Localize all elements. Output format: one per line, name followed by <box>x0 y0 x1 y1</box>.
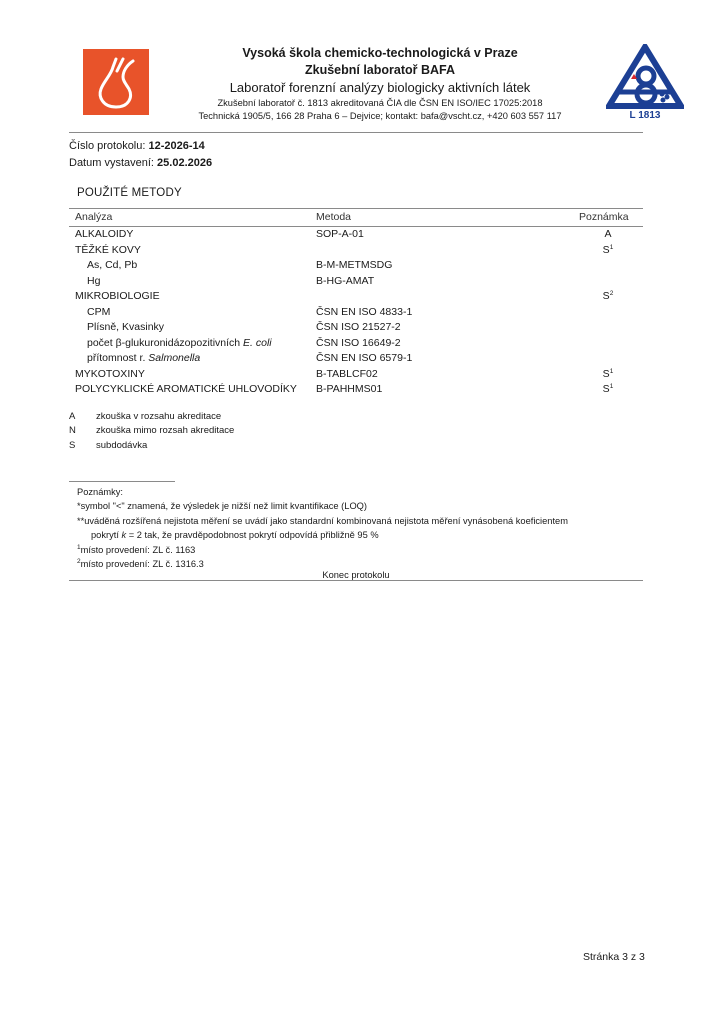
legend-key: A <box>69 411 75 422</box>
method-cell: ČSN EN ISO 4833-1 <box>316 306 412 318</box>
issue-date-value: 25.02.2026 <box>157 157 212 169</box>
protocol-number-value: 12-2026-14 <box>149 140 205 152</box>
note-cell: S1 <box>583 244 633 256</box>
issue-date: Datum vystavení: 25.02.2026 <box>69 157 212 169</box>
analysis-cell: TĚŽKÉ KOVY <box>75 244 141 256</box>
protocol-number: Číslo protokolu: 12-2026-14 <box>69 140 205 152</box>
methods-table: Analýza Metoda Poznámka ALKALOIDYSOP-A-0… <box>69 208 643 398</box>
analysis-cell: CPM <box>87 306 110 318</box>
legend-key: S <box>69 440 75 451</box>
analysis-cell: ALKALOIDY <box>75 228 133 240</box>
institution-name: Vysoká škola chemicko-technologická v Pr… <box>160 46 600 60</box>
method-cell: ČSN ISO 16649-2 <box>316 337 401 349</box>
analysis-cell: Hg <box>87 275 100 287</box>
contact-line: Technická 1905/5, 166 28 Praha 6 – Dejvi… <box>160 111 600 121</box>
method-cell: B-TABLCF02 <box>316 368 378 380</box>
vscht-logo <box>83 49 149 115</box>
accreditation-line: Zkušební laboratoř č. 1813 akreditovaná … <box>160 98 600 108</box>
section-title: POUŽITÉ METODY <box>77 187 182 199</box>
note-place-1: 1místo provedení: ZL č. 1163 <box>77 544 647 558</box>
note-cell: A <box>583 228 633 240</box>
table-row: TĚŽKÉ KOVYS1 <box>69 243 643 259</box>
issue-date-label: Datum vystavení: <box>69 157 154 169</box>
header-divider <box>69 132 643 133</box>
table-header: Analýza Metoda Poznámka <box>69 208 643 227</box>
note-cell: S1 <box>583 368 633 380</box>
analysis-cell: přítomnost r. Salmonella <box>87 352 200 364</box>
legend-text: zkouška v rozsahu akreditace <box>96 411 221 422</box>
notes: Poznámky: *symbol "<" znamená, že výsled… <box>77 487 647 573</box>
accreditation-triangle-icon: L 1813 <box>606 44 684 120</box>
table-row: As, Cd, PbB-M-METMSDG <box>69 258 643 274</box>
notes-divider <box>69 481 175 482</box>
table-row: MIKROBIOLOGIES2 <box>69 289 643 305</box>
analysis-cell: POLYCYKLICKÉ AROMATICKÉ UHLOVODÍKY <box>75 383 297 395</box>
end-divider <box>69 580 643 581</box>
cia-logo: L 1813 <box>606 44 684 120</box>
table-row: Plísně, KvasinkyČSN ISO 21527-2 <box>69 320 643 336</box>
note-uncertainty-cont: pokrytí k = 2 tak, že pravděpodobnost po… <box>77 530 647 544</box>
method-cell: B-PAHHMS01 <box>316 383 382 395</box>
page-number: Stránka 3 z 3 <box>583 951 645 963</box>
analysis-cell: počet β-glukuronidázopozitivních E. coli <box>87 337 272 349</box>
analysis-cell: MIKROBIOLOGIE <box>75 290 160 302</box>
analysis-cell: Plísně, Kvasinky <box>87 321 164 333</box>
table-row: POLYCYKLICKÉ AROMATICKÉ UHLOVODÍKYB-PAHH… <box>69 382 643 398</box>
method-cell: ČSN ISO 21527-2 <box>316 321 401 333</box>
table-row: MYKOTOXINYB-TABLCF02S1 <box>69 367 643 383</box>
legend-text: subdodávka <box>96 440 147 451</box>
table-body: ALKALOIDYSOP-A-01ATĚŽKÉ KOVYS1As, Cd, Pb… <box>69 227 643 398</box>
table-row: počet β-glukuronidázopozitivních E. coli… <box>69 336 643 352</box>
table-row: ALKALOIDYSOP-A-01A <box>69 227 643 243</box>
end-of-protocol: Konec protokolu <box>69 570 643 580</box>
method-cell: B-HG-AMAT <box>316 275 374 287</box>
legend-text: zkouška mimo rozsah akreditace <box>96 425 234 436</box>
method-cell: SOP-A-01 <box>316 228 364 240</box>
note-loq: *symbol "<" znamená, že výsledek je nižš… <box>77 501 647 515</box>
table-row: HgB-HG-AMAT <box>69 274 643 290</box>
lab-subtitle: Laboratoř forenzní analýzy biologicky ak… <box>160 80 600 95</box>
note-uncertainty: **uváděná rozšířená nejistota měření se … <box>77 516 647 530</box>
table-row: CPMČSN EN ISO 4833-1 <box>69 305 643 321</box>
header-analysis: Analýza <box>75 211 112 223</box>
lab-name: Zkušební laboratoř BAFA <box>160 63 600 77</box>
header-method: Metoda <box>316 211 351 223</box>
svg-text:L 1813: L 1813 <box>630 110 661 120</box>
analysis-cell: MYKOTOXINY <box>75 368 145 380</box>
table-row: přítomnost r. SalmonellaČSN EN ISO 6579-… <box>69 351 643 367</box>
notes-title: Poznámky: <box>77 487 647 501</box>
drop-icon <box>83 49 149 115</box>
protocol-number-label: Číslo protokolu: <box>69 140 145 152</box>
note-cell: S1 <box>583 383 633 395</box>
method-cell: ČSN EN ISO 6579-1 <box>316 352 412 364</box>
note-cell: S2 <box>583 290 633 302</box>
legend-key: N <box>69 425 76 436</box>
method-cell: B-M-METMSDG <box>316 259 392 271</box>
header-note: Poznámka <box>579 211 629 223</box>
analysis-cell: As, Cd, Pb <box>87 259 137 271</box>
